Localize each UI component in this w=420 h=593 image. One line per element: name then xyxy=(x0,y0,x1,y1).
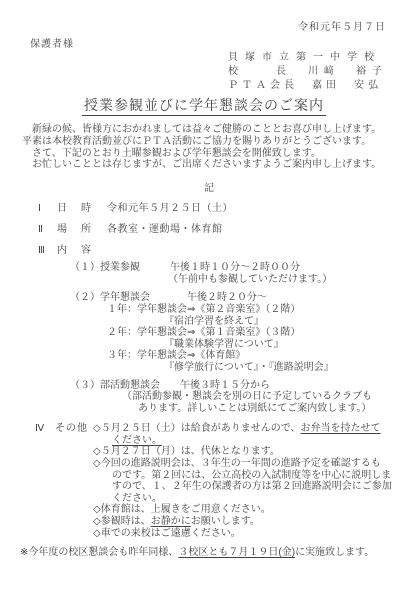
principal-line: 校 長 川﨑 裕子 xyxy=(228,65,386,79)
section-numeral: Ⅳ xyxy=(35,423,55,539)
content-item-3-note-1: （部活動参観・懇談会を別の日に予定しているクラブも xyxy=(122,391,386,403)
diamond-icon: ◇ xyxy=(93,516,101,527)
section-other: Ⅳ その他 ◇５月２５日（土）は給食がありませんので、お弁当を持たせて ください… xyxy=(35,423,386,539)
diamond-icon: ◇ xyxy=(93,528,101,539)
other-item-4: ◇体育館は、上履きをご用意ください。 xyxy=(93,504,392,516)
footnote: ※今年度の校区懇談会も昨年同様、３校区とも７月１９日(金)に実施致します。 xyxy=(20,547,386,559)
other-item-6-text: 車での来校はご遠慮ください。 xyxy=(101,528,241,539)
item-number: （２） xyxy=(70,292,100,304)
other-item-3-line-4: ください。 xyxy=(112,493,392,505)
other-item-2-text: ５月２７日（月）は、代休となります。 xyxy=(101,446,280,457)
other-item-3-line-2: のです。第２回には、公立高校の入試制度等を中心に説明しま xyxy=(112,470,392,482)
section-numeral: Ⅰ xyxy=(38,203,57,215)
content-item-1: （１） 授業参観 午後１時１０分～２時００分 xyxy=(70,262,386,274)
section-label: 日 時 xyxy=(57,203,107,215)
place-value: 各教室・運動場・体育館 xyxy=(107,224,223,236)
notice-page: 令和元年５月７日 保護者様 貝塚市立第一中学校 校 長 川﨑 裕子 ＰＴＡ会長 … xyxy=(0,0,420,593)
other-item-3: ◇今回の進路説明会は、３年生の一年間の進路予定を確認するも xyxy=(93,458,392,470)
grade-3-topic: 『修学旅行について』・『進路説明会』 xyxy=(164,362,386,374)
grade-2-topic: 『職業体験学習について』 xyxy=(164,339,386,351)
item-name: 部活動懇談会 xyxy=(100,380,160,392)
footnote-text: ※今年度の校区懇談会も昨年同様、 xyxy=(20,547,178,558)
other-item-5-underline: お静かに xyxy=(151,516,191,527)
grade-1-line: １年：学年懇談会⇒《第２音楽室》（２階） xyxy=(107,304,386,316)
other-item-2: ◇５月２７日（月）は、代休となります。 xyxy=(93,446,392,458)
diamond-icon: ◇ xyxy=(93,446,101,457)
title-wrap: 授業参観並びに学年懇談会のご案内 xyxy=(22,97,386,116)
principal-name: 川﨑 裕子 xyxy=(308,66,388,77)
other-item-1-text: ５月２５日（土）は給食がありませんので、 xyxy=(101,423,301,434)
recipient: 保護者様 xyxy=(30,39,386,51)
content-item-3-note-2: あります。詳しいことは別紙にてご案内致します。） xyxy=(138,403,386,415)
item-time: 午後１時１０分～２時００分 xyxy=(170,262,300,274)
other-item-3-line-3: すので、１、２年生の保護者の方は第２回進路説明会にご参加 xyxy=(112,481,392,493)
pta-line: ＰＴＡ会長 嘉田 安弘 xyxy=(228,79,386,93)
grade-3-line: ３年：学年懇談会⇒《体育館》 xyxy=(107,350,386,362)
item-number: （３） xyxy=(70,380,100,392)
section-numeral: Ⅲ xyxy=(38,245,57,257)
section-numeral: Ⅱ xyxy=(38,224,57,236)
grade-2-line: ２年：学年懇談会⇒《第１音楽室》（３階） xyxy=(107,327,386,339)
other-item-1-cont: ください。 xyxy=(112,435,392,447)
page-title: 授業参観並びに学年懇談会のご案内 xyxy=(82,97,326,116)
issue-date: 令和元年５月７日 xyxy=(22,22,386,34)
other-item-4-text: 体育館は、上履きをご用意ください。 xyxy=(101,504,271,515)
school-name: 貝塚市立第一中学校 xyxy=(228,51,386,65)
other-item-1-underline: お弁当を持たせて xyxy=(301,423,381,434)
greeting-line-3: さて、下記のとおり土曜参観および学年懇談会を開催致します。 xyxy=(32,148,386,160)
pta-title: ＰＴＡ会長 xyxy=(228,80,298,91)
grade-1-topic: 『宿泊学習を終えて』 xyxy=(164,316,386,328)
section-datetime: Ⅰ 日 時 令和元年５月２５日（土） xyxy=(38,203,386,215)
greeting-line-4: お忙しいこととは存じますが、ご出席くださいますようご案内申し上げます。 xyxy=(32,159,386,171)
item-time: 午後３時１５分から xyxy=(180,380,270,392)
content-item-1-note: （午前中も参観していただけます。） xyxy=(168,274,386,286)
item-name: 学年懇談会 xyxy=(100,292,150,304)
diamond-icon: ◇ xyxy=(93,458,101,469)
other-item-1: ◇５月２５日（土）は給食がありませんので、お弁当を持たせて xyxy=(93,423,392,435)
section-label: 場 所 xyxy=(57,224,107,236)
diamond-icon: ◇ xyxy=(93,504,101,515)
greeting-line-1: 新緑の候、皆様方におかれましては益々ご健勝のこととお喜び申し上げます。 xyxy=(32,124,386,136)
other-item-5-text: 参観時は、 xyxy=(101,516,151,527)
other-item-1-underline-2: ください。 xyxy=(112,435,162,446)
other-item-6: ◇車での来校はご遠慮ください。 xyxy=(93,528,392,540)
record-marker: 記 xyxy=(34,183,386,195)
diamond-icon: ◇ xyxy=(93,423,101,434)
footnote-underline: ３校区とも７月１９日(金) xyxy=(178,547,295,558)
section-label: その他 xyxy=(55,423,93,539)
item-time: 午後２時２０分～ xyxy=(187,292,267,304)
other-items: ◇５月２５日（土）は給食がありませんので、お弁当を持たせて ください。 ◇５月２… xyxy=(93,423,392,539)
pta-name: 嘉田 安弘 xyxy=(312,80,382,91)
content-item-2: （２） 学年懇談会 午後２時２０分～ xyxy=(70,292,386,304)
greeting-line-2: 平素は本校教育活動並びにＰＴＡ活動にご協力を賜りありがとうございます。 xyxy=(22,136,386,148)
other-item-5-text-2: お願いします。 xyxy=(191,516,260,527)
other-item-3-line-1: 今回の進路説明会は、３年生の一年間の進路予定を確認するも xyxy=(101,458,381,469)
datetime-value: 令和元年５月２５日（土） xyxy=(107,203,233,215)
content-item-3: （３） 部活動懇談会 午後３時１５分から xyxy=(70,380,386,392)
principal-title: 校 長 xyxy=(228,66,292,77)
footnote-text-2: に実施致します。 xyxy=(295,547,374,558)
section-place: Ⅱ 場 所 各教室・運動場・体育館 xyxy=(38,224,386,236)
sender-block: 貝塚市立第一中学校 校 長 川﨑 裕子 ＰＴＡ会長 嘉田 安弘 xyxy=(228,51,386,93)
section-contents: Ⅲ 内 容 xyxy=(38,245,386,257)
item-name: 授業参観 xyxy=(100,262,140,274)
greeting-paragraph: 新緑の候、皆様方におかれましては益々ご健勝のこととお喜び申し上げます。 平素は本… xyxy=(22,124,386,170)
other-item-5: ◇参観時は、お静かにお願いします。 xyxy=(93,516,392,528)
item-number: （１） xyxy=(70,262,100,274)
section-label: 内 容 xyxy=(57,245,107,257)
